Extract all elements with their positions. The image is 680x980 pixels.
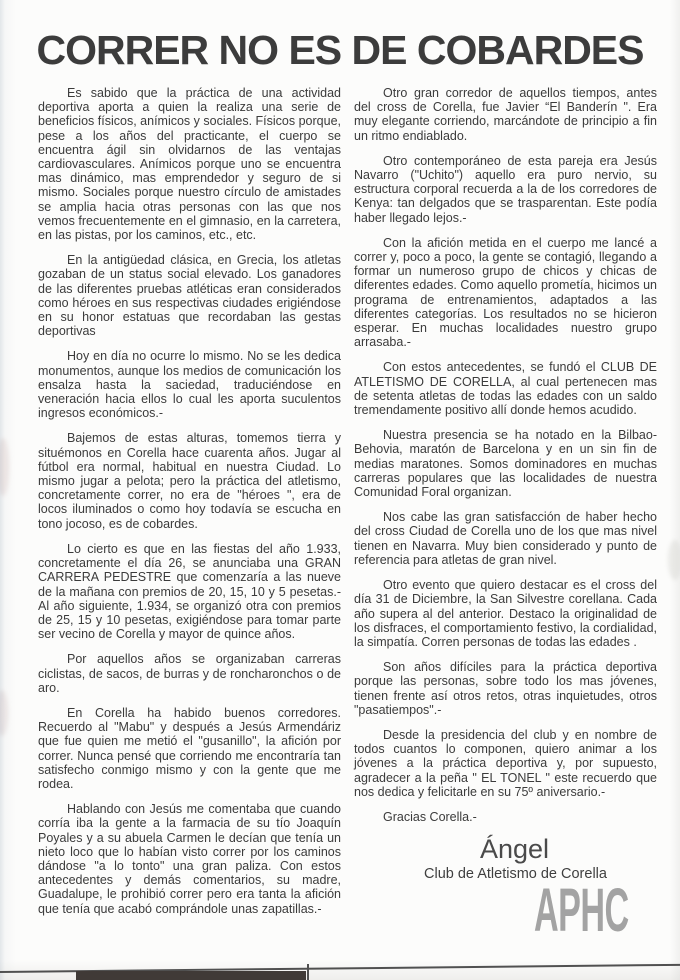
left-paragraph-7: En Corella ha habido buenos corredores. …: [38, 706, 341, 791]
closing-thanks: Gracias Corella.-: [354, 810, 657, 824]
left-paragraph-2: En la antigüedad clásica, en Grecia, los…: [38, 253, 341, 338]
scan-blotch: [668, 540, 680, 580]
left-paragraph-8: Hablando con Jesús me comentaba que cuan…: [38, 802, 341, 916]
scan-bottom-shadow-band: [76, 971, 306, 980]
right-column: Otro gran corredor de aquellos tiempos, …: [354, 86, 657, 927]
left-paragraph-6: Por aquellos años se organizaban carrera…: [38, 652, 341, 695]
left-column: Es sabido que la práctica de una activid…: [38, 86, 341, 927]
left-paragraph-5: Lo cierto es que en las fiestas del año …: [38, 542, 341, 641]
scan-blotch: [0, 690, 8, 736]
left-paragraph-3: Hoy en día no ocurre lo mismo. No se les…: [38, 349, 341, 420]
right-paragraph-7: Otro evento que quiero destacar es el cr…: [354, 578, 657, 649]
right-paragraph-5: Nuestra presencia se ha notado en la Bil…: [354, 428, 657, 499]
left-paragraph-1: Es sabido que la práctica de una activid…: [38, 86, 341, 242]
right-paragraph-6: Nos cabe las gran satisfacción de haber …: [354, 510, 657, 567]
article-body: Es sabido que la práctica de una activid…: [38, 86, 658, 927]
right-paragraph-4: Con estos antecedentes, se fundó el CLUB…: [354, 360, 657, 417]
right-paragraph-9: Desde la presidencia del club y en nombr…: [354, 728, 657, 799]
right-paragraph-3: Con la afición metida en el cuerpo me la…: [354, 236, 657, 350]
signature-name: Ángel: [480, 835, 657, 865]
right-paragraph-1: Otro gran corredor de aquellos tiempos, …: [354, 86, 657, 143]
scanned-article-page: CORRER NO ES DE COBARDES Es sabido que l…: [0, 0, 680, 980]
aphc-watermark: APHC: [534, 880, 629, 941]
left-paragraph-4: Bajemos de estas alturas, tomemos tierra…: [38, 431, 341, 530]
right-paragraph-8: Son años difíciles para la práctica depo…: [354, 660, 657, 717]
scan-bottom-tick-mark: [307, 964, 309, 980]
right-paragraph-2: Otro contemporáneo de esta pareja era Je…: [354, 154, 657, 225]
scan-blotch: [0, 438, 9, 496]
page-title: CORRER NO ES DE COBARDES: [12, 30, 668, 71]
